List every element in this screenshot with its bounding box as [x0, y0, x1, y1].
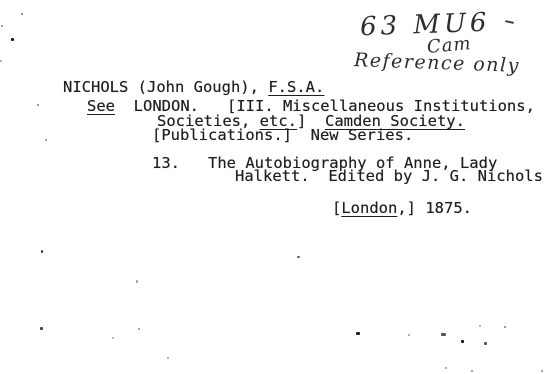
scan-speck [297, 256, 300, 258]
scan-speck [40, 327, 43, 330]
handwritten-shelfmark: 63 MU6 [360, 10, 491, 41]
scan-speck [167, 357, 169, 359]
imprint-line: [London,] 1875. [332, 201, 472, 216]
scan-speck [504, 326, 506, 328]
reference-line-3: [Publications.] New Series. [152, 128, 413, 143]
scan-speck [0, 60, 2, 62]
scan-speck [408, 334, 410, 336]
imprint-open-bracket: [ [332, 199, 341, 217]
scan-speck [484, 342, 487, 345]
scan-speck [11, 38, 14, 41]
scan-speck [41, 250, 43, 253]
scan-speck [479, 325, 481, 327]
see-label: See [87, 97, 115, 115]
imprint-place: London [341, 199, 397, 217]
heading-honorific: F.S.A. [268, 78, 324, 96]
imprint-year: ,] 1875. [397, 199, 472, 217]
catalog-card: 63 MU6 Cam Reference only NICHOLS (John … [0, 0, 550, 374]
scan-speck [112, 337, 114, 339]
entry-title-line-2: Halkett. Edited by J. G. Nichols [235, 169, 543, 184]
handwritten-note: Reference only [354, 51, 520, 76]
scan-speck [1, 25, 3, 27]
scan-speck [138, 328, 140, 330]
scan-speck [21, 13, 23, 15]
scan-speck [541, 370, 543, 372]
scan-speck [45, 139, 47, 141]
scan-speck [136, 280, 138, 283]
scan-speck [37, 104, 39, 106]
scan-speck [445, 367, 447, 369]
scan-speck [461, 340, 464, 343]
entry-number: 13. [152, 154, 180, 172]
heading-line: NICHOLS (John Gough), F.S.A. [63, 80, 324, 95]
heading-name: NICHOLS (John Gough), [63, 78, 268, 96]
pen-mark [505, 20, 514, 24]
scan-speck [471, 370, 473, 372]
scan-speck [441, 333, 446, 336]
scan-speck [356, 332, 360, 335]
